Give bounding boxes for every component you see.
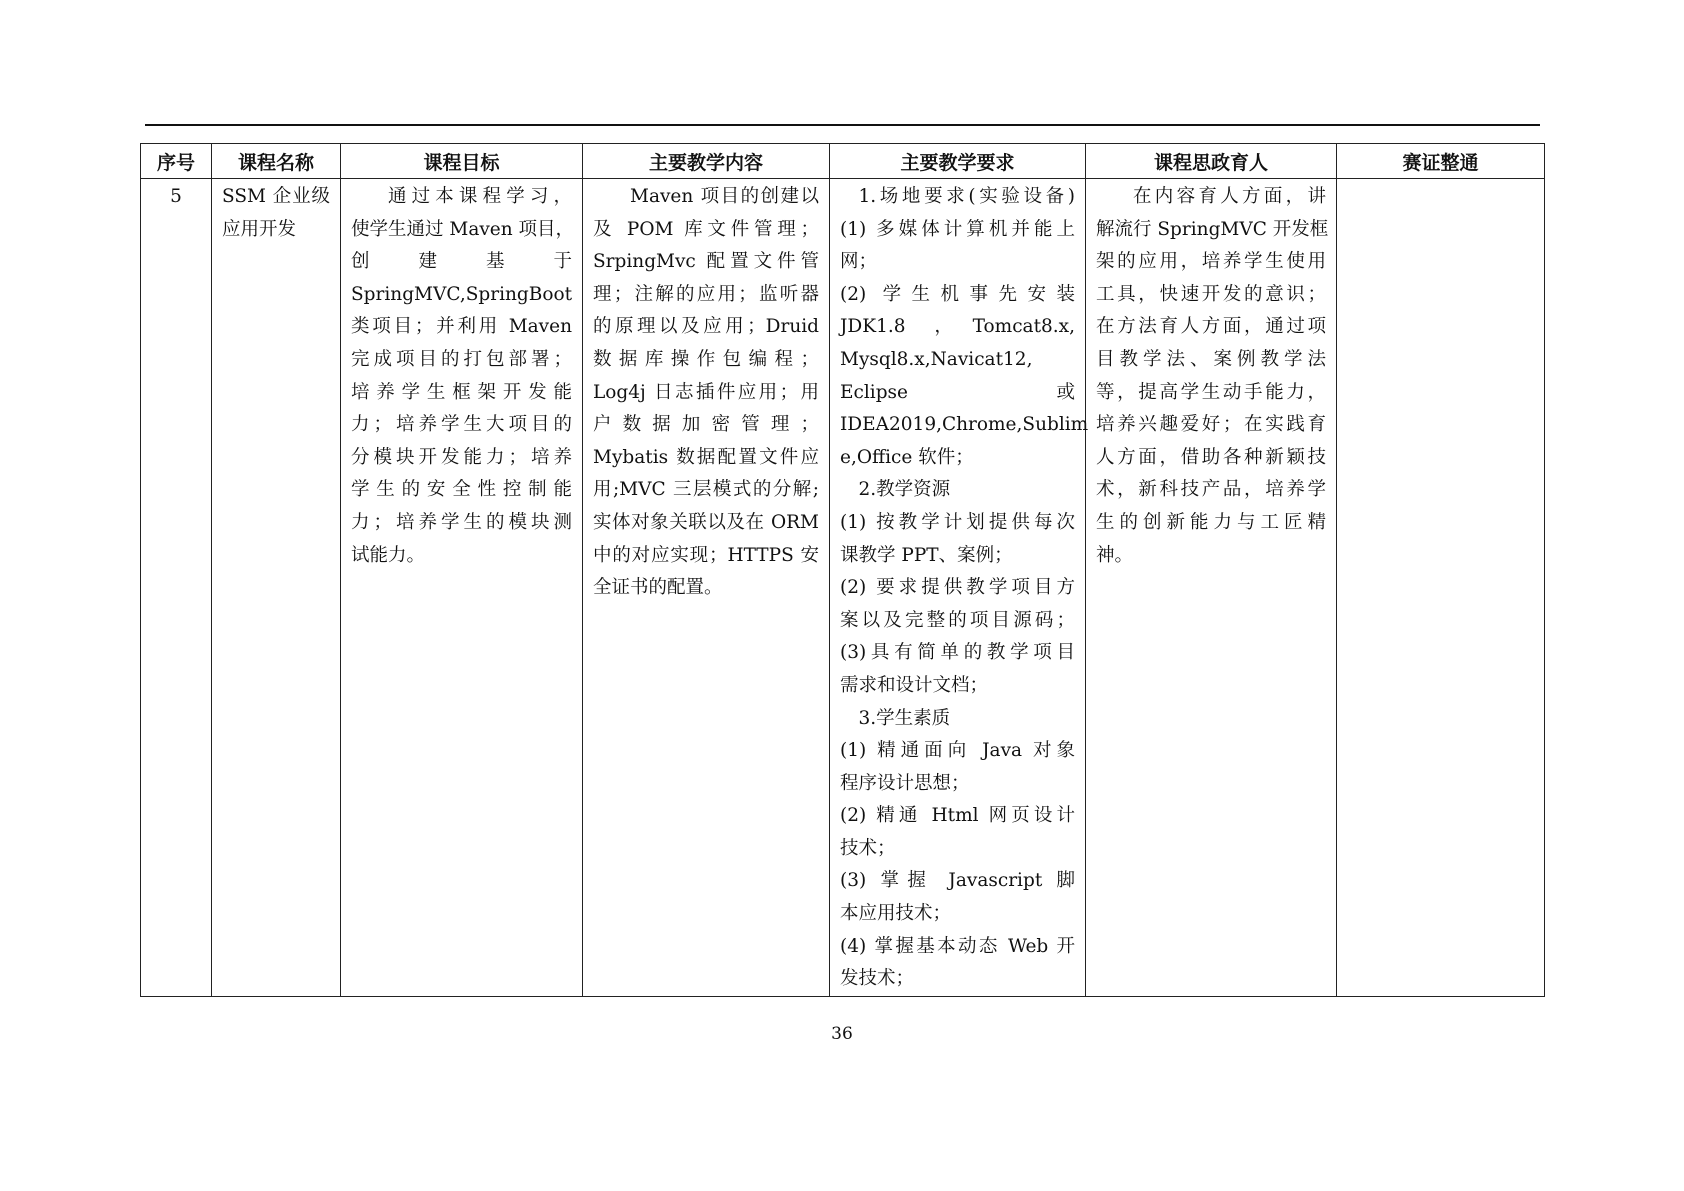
competition-certificate-text	[1347, 181, 1534, 214]
header-ideological-education: 课程思政育人	[1086, 144, 1337, 179]
teaching-requirements-text: 1.场地要求(实验设备) (1) 多媒体计算机并能上 网； (2) 学生机事先安…	[830, 179, 1085, 996]
table-header-row: 序号 课程名称 课程目标 主要教学内容 主要教学要求 课程思政育人 赛证整通	[141, 144, 1545, 179]
header-course-goal: 课程目标	[341, 144, 583, 179]
cell-index: 5	[141, 179, 212, 997]
cell-course-name: SSM 企业级 应用开发	[212, 179, 341, 997]
cell-competition-certificate	[1337, 179, 1545, 997]
cell-course-goal: 通过本课程学习， 使学生通过 Maven 项目， 创 建 基 于 SpringM…	[341, 179, 583, 997]
table-row: 5 SSM 企业级 应用开发 通过本课程学习， 使学生通过 Maven 项目， …	[141, 179, 1545, 997]
cell-teaching-requirements: 1.场地要求(实验设备) (1) 多媒体计算机并能上 网； (2) 学生机事先安…	[830, 179, 1086, 997]
header-index: 序号	[141, 144, 212, 179]
course-name-text: SSM 企业级 应用开发	[212, 179, 340, 246]
header-rule	[145, 124, 1540, 126]
course-goal-text: 通过本课程学习， 使学生通过 Maven 项目， 创 建 基 于 SpringM…	[341, 179, 582, 572]
row-index: 5	[151, 181, 201, 214]
header-course-name: 课程名称	[212, 144, 341, 179]
cell-ideological-education: 在内容育人方面，讲 解流行 SpringMVC 开发框 架的应用，培养学生使用 …	[1086, 179, 1337, 997]
course-table: 序号 课程名称 课程目标 主要教学内容 主要教学要求 课程思政育人 赛证整通 5…	[140, 143, 1545, 997]
ideological-education-text: 在内容育人方面，讲 解流行 SpringMVC 开发框 架的应用，培养学生使用 …	[1086, 179, 1336, 572]
header-main-content: 主要教学内容	[583, 144, 830, 179]
header-competition-certificate: 赛证整通	[1337, 144, 1545, 179]
cell-main-content: Maven 项目的创建以 及 POM 库文件管理； SrpingMvc 配置文件…	[583, 179, 830, 997]
header-teaching-requirements: 主要教学要求	[830, 144, 1086, 179]
page-number: 36	[0, 1024, 1684, 1044]
main-content-text: Maven 项目的创建以 及 POM 库文件管理； SrpingMvc 配置文件…	[583, 179, 829, 605]
